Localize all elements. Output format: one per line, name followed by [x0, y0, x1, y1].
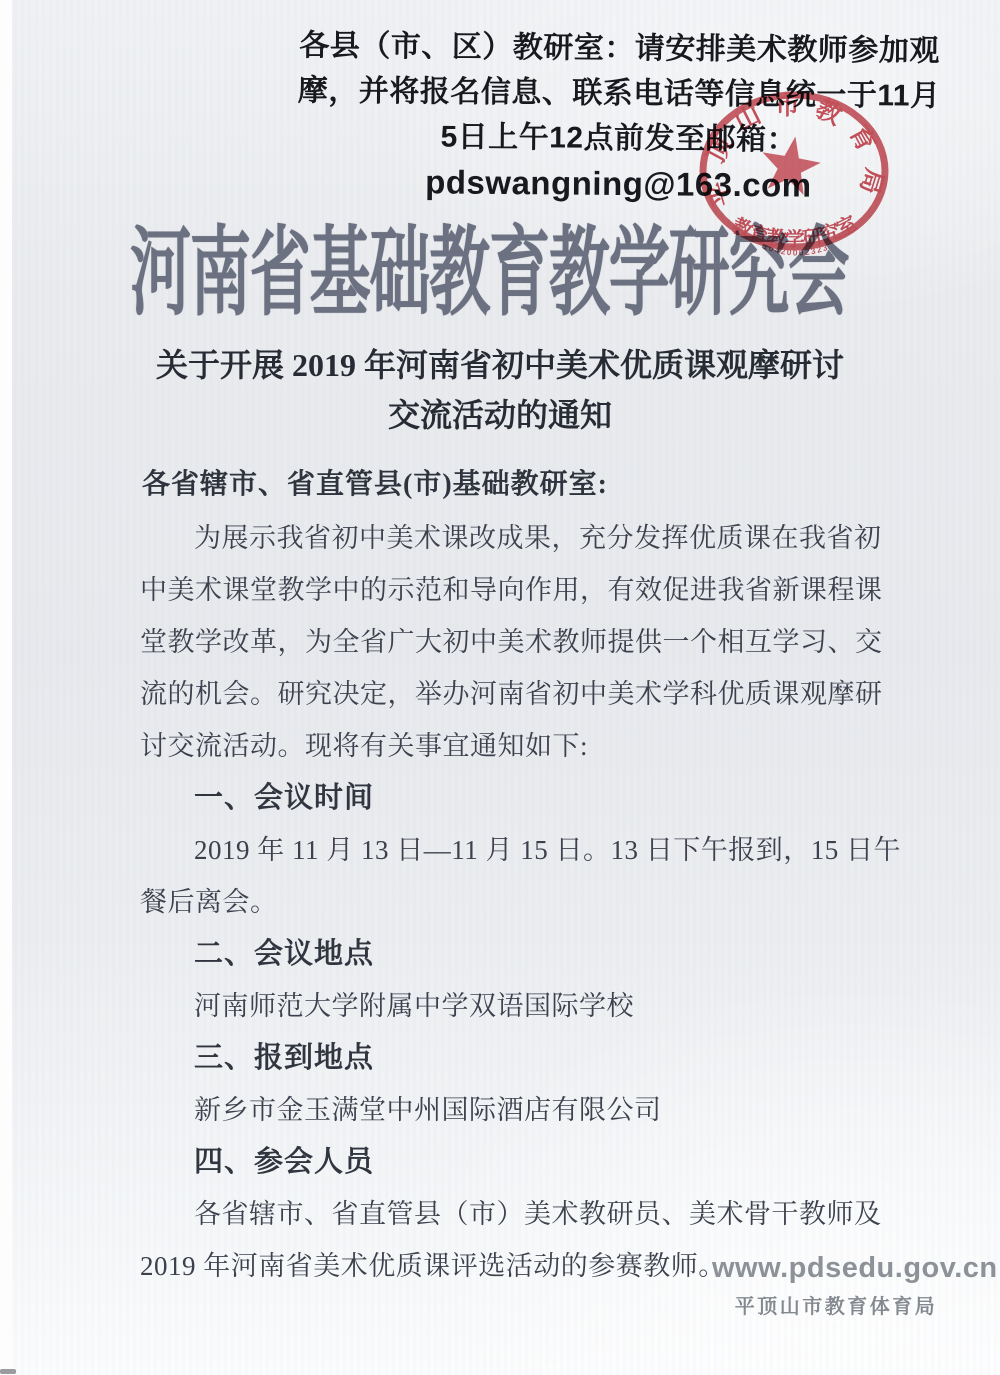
- body-line: 餐后离会。: [140, 876, 880, 928]
- body-line: 讨交流活动。现将有关事宜通知如下:: [140, 720, 880, 772]
- body-line: 中美术课堂教学中的示范和导向作用，有效促进我省新课程课: [140, 564, 880, 616]
- official-seal-stamp: 平顶山市教育局 教育教学研究室 4104200023231: [688, 78, 900, 274]
- body-line: 河南师范大学附属中学双语国际学校: [140, 980, 880, 1032]
- document-title-line1: 关于开展 2019 年河南省初中美术优质课观摩研讨: [75, 340, 925, 390]
- body-line: 新乡市金玉满堂中州国际酒店有限公司: [140, 1084, 880, 1136]
- document-title-line2: 交流活动的通知: [75, 390, 925, 440]
- watermark-url: www.pdsedu.gov.cn: [712, 1252, 960, 1285]
- body-line: 2019 年 11 月 13 日—11 月 15 日。13 日下午报到，15 日…: [140, 824, 880, 876]
- body-line: 为展示我省初中美术课改成果，充分发挥优质课在我省初: [140, 512, 880, 564]
- site-watermark: www.pdsedu.gov.cn 平顶山市教育体育局: [712, 1252, 960, 1319]
- svg-text:教育教学研究室: 教育教学研究室: [728, 211, 861, 252]
- star-icon: [763, 137, 821, 195]
- body-line: 各省辖市、省直管县（市）美术教研员、美术骨干教师及: [140, 1188, 880, 1240]
- section-heading-meeting-place: 二、会议地点: [140, 928, 880, 980]
- salutation: 各省辖市、省直管县(市)基础教研室:: [142, 462, 608, 502]
- section-heading-participants: 四、参会人员: [140, 1136, 880, 1188]
- watermark-org: 平顶山市教育体育局: [712, 1290, 960, 1319]
- document-title: 关于开展 2019 年河南省初中美术优质课观摩研讨 交流活动的通知: [75, 340, 925, 440]
- body-line: 流的机会。研究决定，举办河南省初中美术学科优质课观摩研: [140, 668, 880, 720]
- section-heading-meeting-time: 一、会议时间: [140, 772, 880, 824]
- body-line: 堂教学改革，为全省广大初中美术教师提供一个相互学习、交: [140, 616, 880, 668]
- scan-edge-strip: [0, 0, 12, 1375]
- annotation-line: 各县（市、区）教研室：请安排美术教师参加观: [288, 23, 950, 74]
- document-body: 为展示我省初中美术课改成果，充分发挥优质课在我省初 中美术课堂教学中的示范和导向…: [140, 512, 880, 1292]
- scan-artifact: [0, 1369, 16, 1374]
- section-heading-checkin-place: 三、报到地点: [140, 1032, 880, 1084]
- seal-inner-text: 教育教学研究室: [728, 211, 861, 252]
